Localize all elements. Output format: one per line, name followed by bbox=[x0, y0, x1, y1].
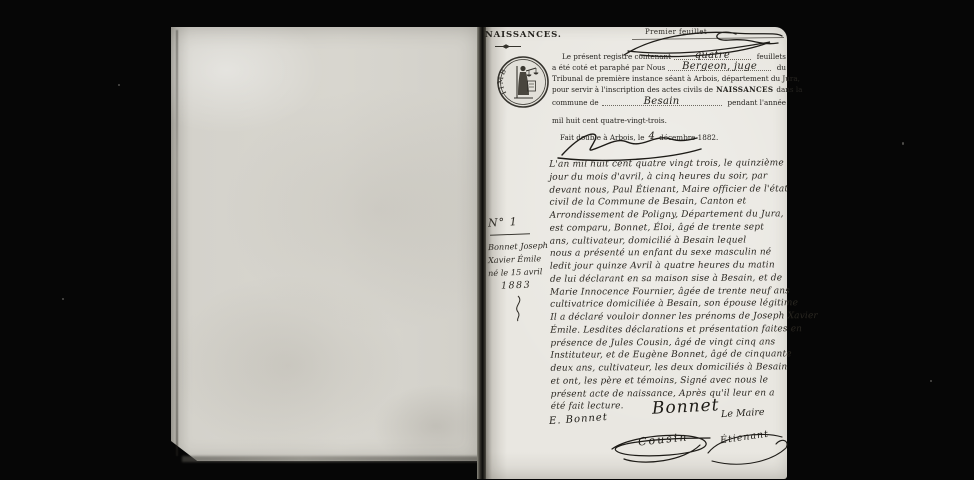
left-blank-page bbox=[171, 27, 479, 461]
right-register-page: NAISSANCES. Premier feuillet TIMBRE bbox=[486, 27, 787, 479]
fill-line: quatre bbox=[674, 59, 751, 60]
preamble-text: pour servir à l'inscription des actes ci… bbox=[552, 85, 713, 94]
preamble-text: commune de bbox=[552, 98, 599, 107]
preamble-text: a été coté et paraphé par Nous bbox=[552, 63, 665, 72]
birth-act-text: L'an mil huit cent quatre vingt trois, l… bbox=[549, 157, 791, 413]
preamble-text: dans la bbox=[776, 85, 802, 94]
mayor-title: Le Maire bbox=[721, 407, 765, 420]
margin-flourish bbox=[508, 294, 528, 322]
handwritten-judge-name: Bergeon, juge bbox=[668, 61, 770, 72]
fill-line: Bergeon, juge bbox=[668, 70, 770, 71]
act-line: Arrondissement de Poligny, Département d… bbox=[550, 208, 790, 222]
handwritten-commune-name: Besain bbox=[602, 96, 722, 107]
preamble-text: Le présent registre contenant bbox=[562, 52, 671, 61]
witness-bonnet-signature: E. Bonnet bbox=[549, 412, 608, 427]
timbre-justice-stamp-icon: TIMBRE bbox=[496, 55, 550, 109]
dust-speck bbox=[118, 84, 120, 86]
dust-speck bbox=[902, 142, 904, 145]
preamble-text: du bbox=[777, 63, 786, 72]
left-page-edge-shadow bbox=[176, 30, 178, 456]
page-stack-edge bbox=[182, 456, 482, 462]
act-line: Émile. Lesdites déclarations et présenta… bbox=[550, 323, 790, 337]
act-line: deux ans, cultivateur, les deux domicili… bbox=[550, 361, 790, 375]
act-line: ledit jour quinze Avril à quatre heures … bbox=[550, 259, 790, 273]
preamble-naissances-bold: NAISSANCES bbox=[716, 85, 773, 94]
act-line: devant nous, Paul Étienant, Maire offici… bbox=[549, 183, 789, 197]
act-line: L'an mil huit cent quatre vingt trois, l… bbox=[549, 157, 789, 171]
margin-rule bbox=[490, 233, 530, 235]
page-title: NAISSANCES. bbox=[485, 30, 562, 40]
act-line: de lui déclarant en sa maison sise à Bes… bbox=[550, 272, 790, 286]
preamble-text: Tribunal de première instance séant à Ar… bbox=[552, 74, 800, 83]
act-line: Il a déclaré vouloir donner les prénoms … bbox=[550, 310, 790, 324]
preamble-text: feuillets bbox=[757, 52, 786, 61]
register-scan: NAISSANCES. Premier feuillet TIMBRE bbox=[0, 0, 974, 480]
mayor-signature-flourish bbox=[702, 423, 794, 469]
title-ornament-icon bbox=[495, 43, 521, 50]
dust-speck bbox=[62, 298, 64, 300]
father-signature: Bonnet bbox=[652, 395, 720, 419]
handwritten-feuillet-count: quatre bbox=[674, 50, 751, 61]
act-number: N° 1 bbox=[488, 213, 551, 229]
act-line: et ont, les père et témoins, Signé avec … bbox=[551, 374, 791, 388]
margin-note: N° 1 Bonnet Joseph Xavier Émile né le 15… bbox=[488, 215, 550, 326]
act-line: jour du mois d'avril, à cinq heures du s… bbox=[549, 170, 789, 184]
fill-line: Besain bbox=[602, 105, 722, 106]
act-line: est comparu, Bonnet, Éloi, âgé de trente… bbox=[550, 221, 790, 235]
margin-birth-year: 1883 bbox=[488, 278, 550, 293]
preamble-text: pendant l'année bbox=[728, 98, 787, 107]
dust-speck bbox=[930, 380, 932, 382]
